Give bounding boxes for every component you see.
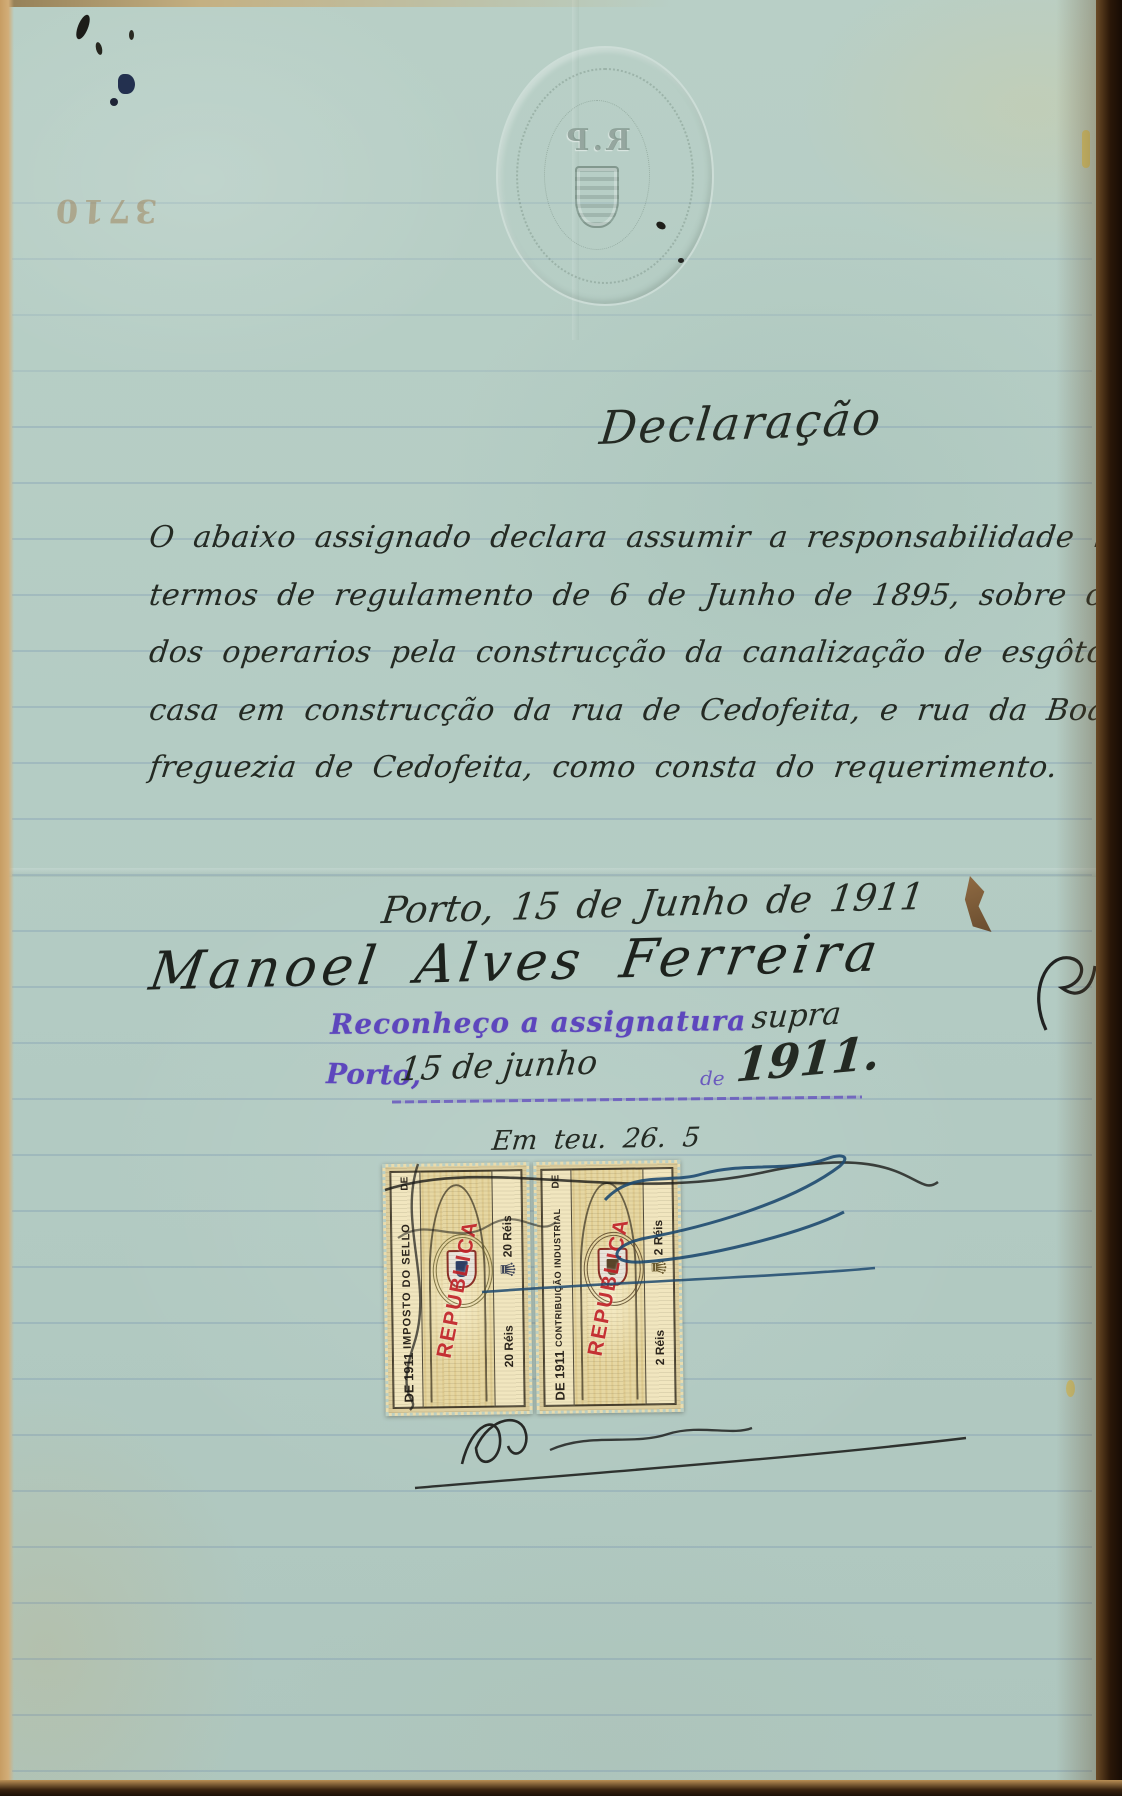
seal-monogram: R.P xyxy=(564,123,631,158)
body-line-4: casa em construcção da rua de Cedofeita,… xyxy=(144,693,1111,751)
embossed-seal-core: R.P xyxy=(544,100,650,250)
paper-edge-right-shadow xyxy=(1056,0,1098,1796)
paper-edge-top xyxy=(0,0,673,7)
seal-shield-icon xyxy=(575,166,619,228)
paper-edge-bottom xyxy=(0,1780,1122,1796)
embossed-seal: R.P xyxy=(496,46,714,306)
countersignature-blue xyxy=(482,1156,875,1292)
file-number: 3710 xyxy=(51,192,159,230)
notary-stamp-line: Reconheço a assignatura xyxy=(330,1004,747,1041)
torn-edge-mark xyxy=(962,876,998,932)
horizontal-crease xyxy=(0,868,1096,877)
body-paragraph: O abaixo assignado declara assumir a res… xyxy=(148,520,1108,808)
paper-edge-right xyxy=(1096,0,1122,1796)
notary-handwritten-date: 15 de junho xyxy=(398,1042,600,1088)
notary-dotted-rule xyxy=(392,1096,862,1104)
body-line-2: termos de regulamento de 6 de Junho de 1… xyxy=(144,578,1111,636)
countersignature-bottom xyxy=(400,1388,980,1506)
author-signature: Manoel Alves Ferreira xyxy=(146,922,887,1002)
ink-speck xyxy=(118,74,135,94)
ink-speck xyxy=(129,30,134,40)
document-title: Declaração xyxy=(597,391,885,455)
ink-speck xyxy=(95,41,104,55)
ink-speck xyxy=(73,13,92,41)
paper-edge-left xyxy=(0,0,14,1796)
notary-handwritten-year: 1911. xyxy=(734,1025,882,1092)
ink-speck xyxy=(678,258,684,263)
body-line-5: freguezia de Cedofeita, como consta do r… xyxy=(144,750,1111,808)
notary-de: de xyxy=(700,1066,725,1090)
ink-speck xyxy=(110,98,118,106)
body-line-3: dos operarios pela construcção da canali… xyxy=(144,635,1111,693)
scanned-document-page: R.P 3710 Declaração O abaixo assignado d… xyxy=(0,0,1122,1796)
body-line-1: O abaixo assignado declara assumir a res… xyxy=(144,520,1111,578)
